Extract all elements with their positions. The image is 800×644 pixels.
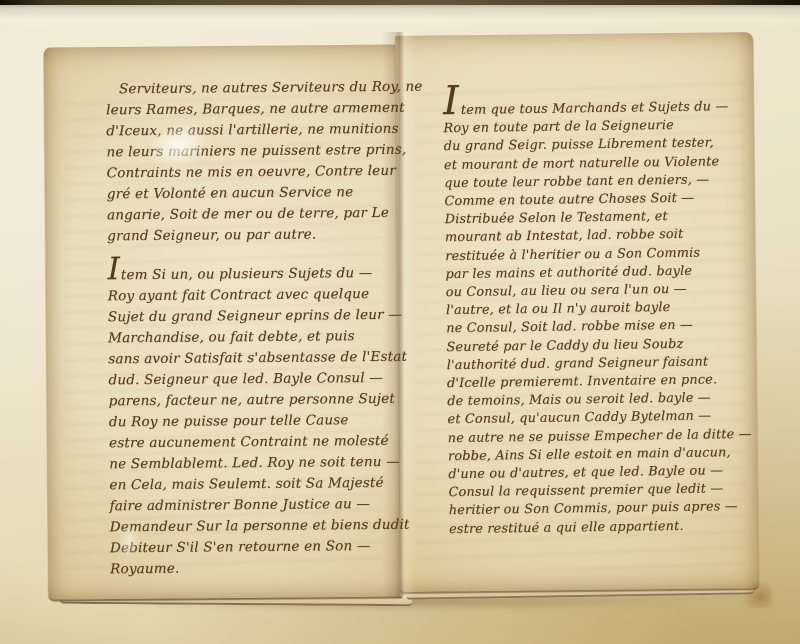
foxing-stain	[730, 568, 772, 608]
manuscript-line: parens, facteur ne, autre personne Sujet	[109, 389, 409, 413]
manuscript-line: ne leurs mariniers ne puissent estre pri…	[106, 140, 406, 164]
manuscript-paragraph: Item Si un, ou plusieurs Sujets du — Roy…	[107, 256, 410, 581]
manuscript-line: Marchandise, ou fait debte, et puis	[108, 326, 408, 350]
manuscript-line: Contraints ne mis en oeuvre, Contre leur	[107, 161, 407, 185]
manuscript-line: du Roy ne puisse pour telle Cause	[109, 410, 409, 434]
manuscript-line: Royaume.	[110, 557, 410, 581]
manuscript-line: Debiteur S'il S'en retourne en Son —	[110, 536, 410, 560]
manuscript-line: d'Iceux, ne aussi l'artillerie, ne munit…	[106, 119, 406, 143]
manuscript-line: leurs Rames, Barques, ne autre armement	[106, 98, 406, 122]
manuscript-line: Demandeur Sur la personne et biens dudit	[110, 515, 410, 539]
manuscript-line: gré et Volonté en aucun Service ne	[107, 182, 407, 206]
manuscript-line: faire administrer Bonne Justice au —	[109, 494, 409, 518]
manuscript-line: sans avoir Satisfait s'absentasse de l'E…	[108, 347, 408, 371]
manuscript-line: grand Seigneur, ou par autre.	[107, 224, 407, 248]
manuscript-line: Item que tous Marchands et Sujets du —	[443, 84, 749, 120]
manuscript-paragraph: Item que tous Marchands et Sujets du — R…	[443, 84, 755, 539]
right-page-text: Item que tous Marchands et Sujets du — R…	[443, 84, 755, 539]
manuscript-line: Serviteurs, ne autres Serviteurs du Roy,…	[106, 77, 406, 101]
manuscript-photo: Serviteurs, ne autres Serviteurs du Roy,…	[0, 0, 800, 644]
manuscript-line: Sujet du grand Seigneur eprins de leur —	[108, 305, 408, 329]
manuscript-line: Item Si un, ou plusieurs Sujets du —	[107, 256, 407, 287]
manuscript-line: estre aucunement Contraint ne molesté	[109, 431, 409, 455]
manuscript-paragraph: Serviteurs, ne autres Serviteurs du Roy,…	[106, 77, 407, 248]
manuscript-line: ne Semblablemt. Led. Roy ne soit tenu —	[109, 452, 409, 476]
manuscript-line: dud. Seigneur que led. Bayle Consul —	[108, 368, 408, 392]
left-page-text: Serviteurs, ne autres Serviteurs du Roy,…	[106, 77, 410, 581]
mat-highlight-band	[0, 5, 800, 29]
open-manuscript: Serviteurs, ne autres Serviteurs du Roy,…	[44, 30, 756, 604]
manuscript-line: en Cela, mais Seulemt. soit Sa Majesté	[109, 473, 409, 497]
manuscript-line: angarie, Soit de mer ou de terre, par Le	[107, 203, 407, 227]
manuscript-line: Roy ayant fait Contract avec quelque	[108, 284, 408, 308]
